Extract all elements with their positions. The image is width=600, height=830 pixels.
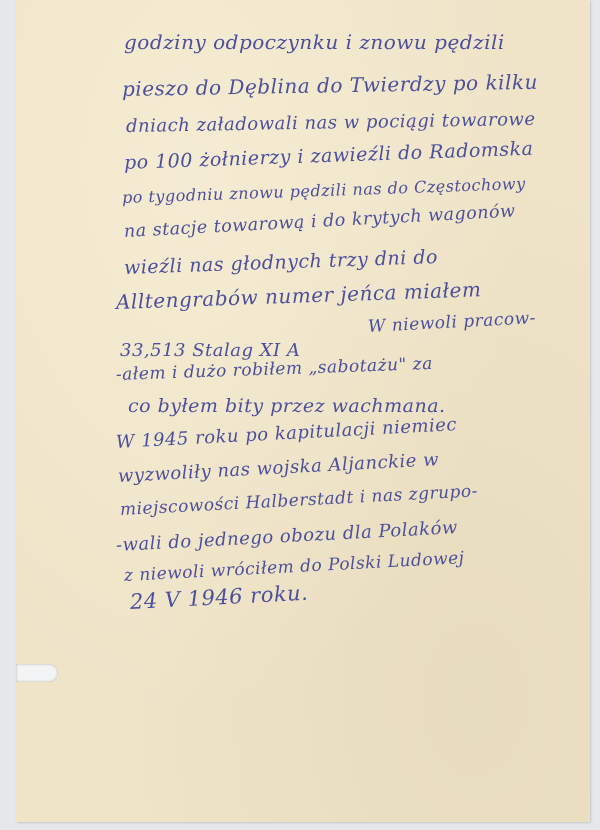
punch-hole	[16, 664, 58, 682]
text-line: co byłem bity przez wachmana.	[128, 395, 446, 417]
text-line: pieszo do Dęblina do Twierdzy po kilku	[122, 70, 538, 101]
text-line: z niewoli wróciłem do Polski Ludowej	[123, 548, 464, 586]
text-line: wieźli nas głodnych trzy dni do	[124, 246, 439, 279]
text-line: wyzwoliły nas wojska Aljanckie w	[117, 449, 439, 487]
text-line: Alltengrabów numer jeńca miałem	[116, 277, 482, 314]
text-line: po 100 żołnierzy i zawieźli do Radomska	[124, 138, 534, 174]
text-line: na stacje towarową i do krytych wagonów	[123, 201, 516, 241]
text-line: 24 V 1946 roku.	[129, 581, 308, 614]
text-line: 33,513 Stalag XI A	[120, 340, 300, 361]
text-line: W niewoli pracow-	[367, 308, 536, 337]
text-line: W 1945 roku po kapitulacji niemiec	[115, 414, 457, 453]
text-line: dniach załadowali nas w pociągi towarowe	[126, 109, 536, 137]
text-line: godziny odpoczynku i znowu pędzili	[124, 30, 505, 54]
text-line: miejscowości Halberstadt i nas zgrupo-	[119, 481, 478, 520]
text-line: po tygodniu znowu pędzili nas do Częstoc…	[122, 174, 526, 207]
document-page: godziny odpoczynku i znowu pędzili piesz…	[16, 0, 590, 822]
